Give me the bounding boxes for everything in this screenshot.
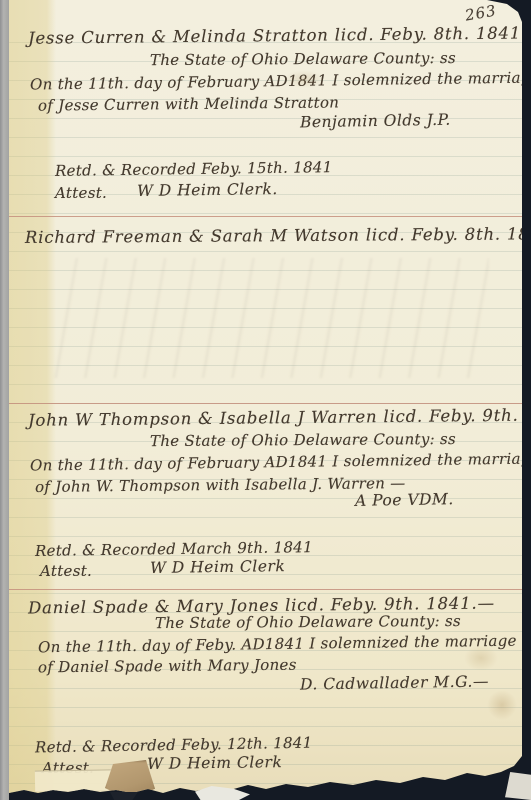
entry-separator-rule bbox=[9, 589, 522, 590]
entry-state-line: The State of Ohio Delaware County: ss bbox=[155, 612, 461, 632]
entry-separator-rule bbox=[9, 216, 522, 217]
clerk-signature: W D Heim Clerk. bbox=[137, 180, 278, 200]
clerk-signature: W D Heim Clerk bbox=[147, 753, 283, 773]
entry-body-line: On the 11th. day of February AD1841 I so… bbox=[30, 449, 531, 474]
scanned-record-page: 263 Jesse Curren & Melinda Stratton licd… bbox=[0, 0, 531, 800]
entry-body-line: On the 11th. day of February AD1841 I so… bbox=[30, 68, 531, 93]
recorded-line: Retd. & Recorded Feby. 15th. 1841 bbox=[55, 158, 333, 180]
entry-heading: Jesse Curren & Melinda Stratton licd. Fe… bbox=[28, 23, 531, 47]
entry-body-line: On the 11th. day of Feby. AD1841 I solem… bbox=[38, 632, 517, 657]
attest-label: Attest. bbox=[40, 562, 92, 580]
entry-body-line: of Daniel Spade with Mary Jones bbox=[38, 656, 297, 677]
book-binding-edge bbox=[0, 0, 9, 800]
officiant-signature: D. Cadwallader M.G.— bbox=[300, 672, 489, 693]
officiant-signature: Benjamin Olds J.P. bbox=[300, 111, 451, 132]
attest-label: Attest. bbox=[55, 184, 107, 202]
entry-heading: John W Thompson & Isabella J Warren licd… bbox=[28, 405, 531, 430]
aged-left-strip bbox=[9, 0, 56, 800]
entry-heading: Richard Freeman & Sarah M Watson licd. F… bbox=[25, 224, 531, 247]
entry-body-line: of John W. Thompson with Isabella J. War… bbox=[35, 474, 406, 496]
officiant-signature: A Poe VDM. bbox=[355, 490, 454, 510]
entry-body-line: of Jesse Curren with Melinda Stratton bbox=[38, 93, 339, 114]
page-sheet: 263 Jesse Curren & Melinda Stratton licd… bbox=[9, 0, 522, 800]
clerk-signature: W D Heim Clerk bbox=[150, 557, 286, 577]
paper-fragment bbox=[505, 772, 531, 800]
stain bbox=[487, 690, 517, 720]
tear-notch bbox=[110, 792, 138, 800]
page-number: 263 bbox=[464, 1, 498, 24]
entry-state-line: The State of Ohio Delaware County: ss bbox=[150, 430, 456, 450]
repair-strip bbox=[35, 769, 111, 791]
entry-separator-rule bbox=[9, 403, 522, 404]
entry-state-line: The State of Ohio Delaware County: ss bbox=[150, 49, 456, 69]
ink-bleed-through bbox=[49, 258, 489, 378]
